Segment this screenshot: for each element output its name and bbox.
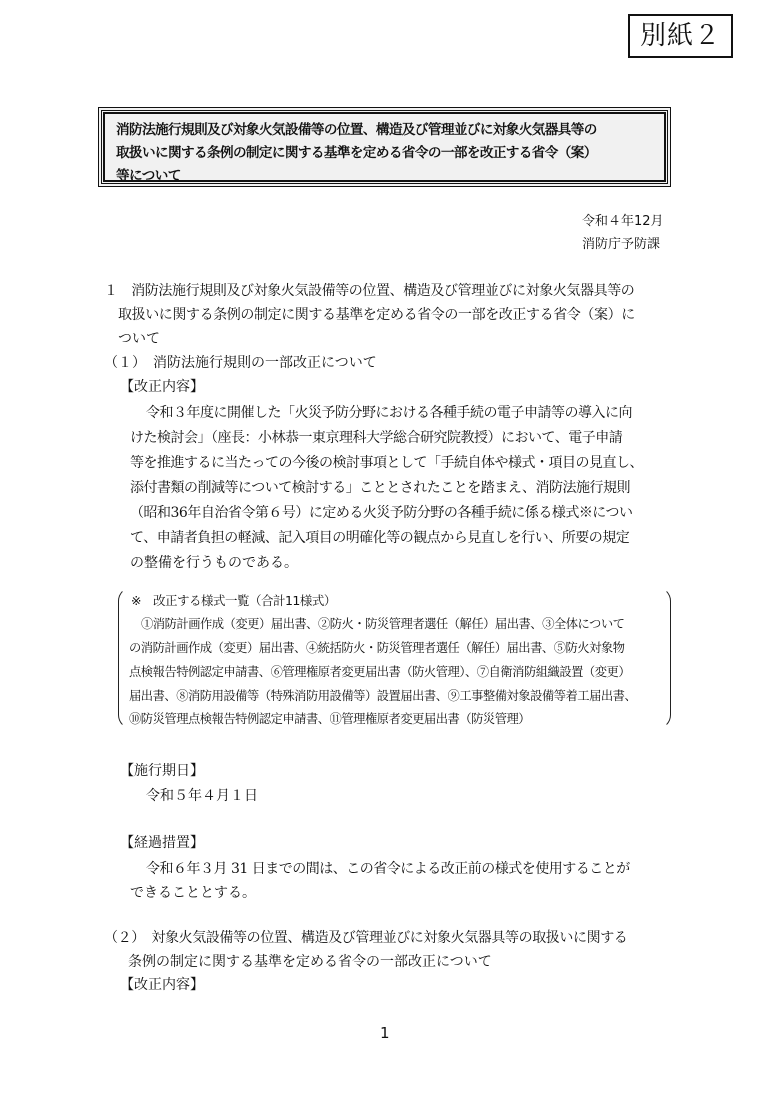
note-line: 点検報告特例認定申請書、⑥管理権原者変更届出書（防火管理）、⑦自衛消防組織設置（… [129,662,630,680]
document-title-box: 消防法施行規則及び対象火気設備等の位置、構造及び管理並びに対象火気器具等の 取扱… [98,107,671,187]
title-line: 等について [116,165,653,188]
content-line: の整備を行うものである。 [130,552,298,572]
content-label: 【改正内容】 [120,376,204,396]
section-1-heading-line: ついて [118,328,160,348]
issue-date: 令和４年12月 [582,210,664,233]
page-number: 1 [380,1024,390,1042]
subsection-2-heading-line: 条例の制定に関する基準を定める省令の一部改正について [128,951,492,971]
subsection-2-heading-line: （２） 対象火気設備等の位置、構造及び管理並びに対象火気器具等の取扱いに関する [104,927,627,947]
effective-date-label: 【施行期日】 [120,760,204,780]
date-block: 令和４年12月 消防庁予防課 [582,210,664,256]
note-line: の消防計画作成（変更）届出書、④統括防火・防災管理者選任（解任）届出書、⑤防火対… [129,638,624,656]
effective-date: 令和５年４月１日 [146,785,258,805]
transition-line: できることとする。 [130,882,256,902]
note-line: ⑩防災管理点検報告特例認定申請書、⑪管理権原者変更届出書（防災管理） [129,709,530,727]
transition-label: 【経過措置】 [120,832,204,852]
title-line: 取扱いに関する条例の制定に関する基準を定める省令の一部を改正する省令（案） [116,142,653,165]
content-label: 【改正内容】 [120,974,204,994]
content-line: （昭和36年自治省令第６号）に定める火災予防分野の各種手続に係る様式※につい [130,502,633,522]
content-line: 令和３年度に開催した「火災予防分野における各種手続の電子申請等の導入に向 [146,402,632,422]
note-line: ①消防計画作成（変更）届出書、②防火・防災管理者選任（解任）届出書、③全体につい… [141,614,624,632]
issuing-org: 消防庁予防課 [582,233,664,256]
transition-line: 令和６年３月 31 日までの間は、この省令による改正前の様式を使用することが [146,858,630,878]
section-1-heading-line: １ 消防法施行規則及び対象火気設備等の位置、構造及び管理並びに対象火気器具等の [104,280,634,300]
content-line: て、申請者負担の軽減、記入項目の明確化等の観点から見直しを行い、所要の規定 [130,527,629,547]
note-title: ※ 改正する様式一覧（合計11様式） [131,591,336,609]
note-line: 届出書、⑧消防用設備等（特殊消防用設備等）設置届出書、⑨工事整備対象設備等着工届… [129,686,636,704]
title-line: 消防法施行規則及び対象火気設備等の位置、構造及び管理並びに対象火気器具等の [116,119,653,142]
revised-forms-note-box: ※ 改正する様式一覧（合計11様式） ①消防計画作成（変更）届出書、②防火・防災… [118,587,671,729]
subsection-1-heading: （１） 消防法施行規則の一部改正について [104,352,377,372]
section-1-heading-line: 取扱いに関する条例の制定に関する基準を定める省令の一部を改正する省令（案）に [118,304,635,324]
attachment-stamp: 別紙２ [628,14,733,58]
content-line: 添付書類の削減等について検討する」こととされたことを踏まえ、消防法施行規則 [130,477,630,497]
content-line: 等を推進するに当たっての今後の検討事項として「手続自体や様式・項目の見直し、 [130,452,643,472]
content-line: けた検討会」（座長：小林恭一東京理科大学総合研究院教授）において、電子申請 [130,427,622,447]
